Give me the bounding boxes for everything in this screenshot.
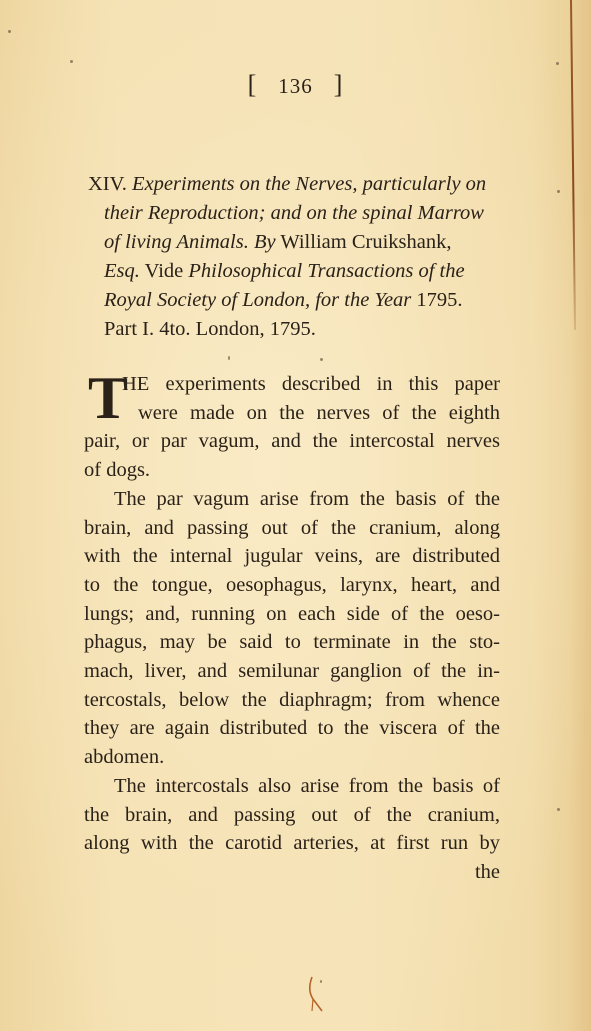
text-line: they are again distributed to the viscer…: [84, 714, 500, 743]
paper-speck: [8, 30, 11, 33]
text-line: brain, and passing out of the cranium, a…: [84, 514, 500, 543]
paper-speck: [557, 808, 560, 811]
text-line: lungs; and, running on each side of the …: [84, 600, 500, 629]
text-line: abdomen.: [84, 743, 500, 772]
text-line: The intercostals also arise from the bas…: [84, 772, 500, 801]
title-text: Esq.: [104, 260, 140, 282]
text-line: mach, liver, and semilunar ganglion of t…: [84, 657, 500, 686]
paper-speck: [556, 62, 559, 65]
text-line: The par vagum arise from the basis of th…: [84, 485, 500, 514]
text-line: phagus, may be said to terminate in the …: [84, 628, 500, 657]
title-line: their Reproduction; and on the spinal Ma…: [104, 199, 500, 228]
title-line: Royal Society of London, for the Year 17…: [104, 286, 500, 315]
title-text: Vide: [140, 260, 189, 282]
author-name: William Cruikshank,: [276, 231, 452, 253]
paper-speck: [320, 358, 323, 361]
entry-numeral: XIV.: [88, 173, 127, 195]
page-number: 136: [278, 74, 313, 98]
text-line: of dogs.: [84, 456, 500, 485]
bracket-close: ]: [334, 70, 344, 99]
paper-speck: [320, 980, 322, 983]
paper-speck: [70, 60, 73, 63]
ink-mark-icon: [306, 975, 326, 1020]
title-text: of living Animals. By: [104, 231, 276, 253]
text-line: pair, or par vagum, and the intercostal …: [84, 427, 500, 456]
text-line: with the internal jugular veins, are dis…: [84, 542, 500, 571]
text-line: the brain, and passing out of the craniu…: [84, 801, 500, 830]
title-text: their Reproduction; and on the spinal Ma…: [104, 202, 484, 224]
journal-name: Philosophical Transactions of the: [188, 260, 464, 282]
paper-speck: [228, 356, 230, 360]
body-text: T HE experiments described in this paper…: [84, 370, 500, 887]
article-title-block: XIV. Experiments on the Nerves, particul…: [104, 170, 500, 344]
page-header: [ 136 ]: [0, 70, 591, 100]
bracket-open: [: [248, 70, 258, 99]
first-paragraph-start: T HE experiments described in this paper…: [84, 370, 500, 427]
drop-cap: T: [88, 372, 128, 424]
text-line: along with the carotid arteries, at firs…: [84, 829, 500, 858]
title-line: XIV. Experiments on the Nerves, particul…: [88, 170, 500, 199]
title-text: Experiments on the Nerves, particularly …: [132, 173, 486, 195]
title-line: of living Animals. By William Cruikshank…: [104, 228, 500, 257]
title-line: Part I. 4to. London, 1795.: [104, 315, 500, 344]
catchword: the: [84, 858, 500, 887]
journal-name: Royal Society of London, for the Year: [104, 289, 411, 311]
text-line: HE experiments described in this paper: [84, 370, 500, 399]
year: 1795.: [411, 289, 462, 311]
text-line: tercostals, below the diaphragm; from wh…: [84, 686, 500, 715]
title-line: Esq. Vide Philosophical Transactions of …: [104, 257, 500, 286]
paper-speck: [557, 190, 560, 193]
publication-details: Part I. 4to. London, 1795.: [104, 318, 316, 340]
text-line: were made on the nerves of the eighth: [84, 399, 500, 428]
text-line: to the tongue, oesophagus, larynx, heart…: [84, 571, 500, 600]
